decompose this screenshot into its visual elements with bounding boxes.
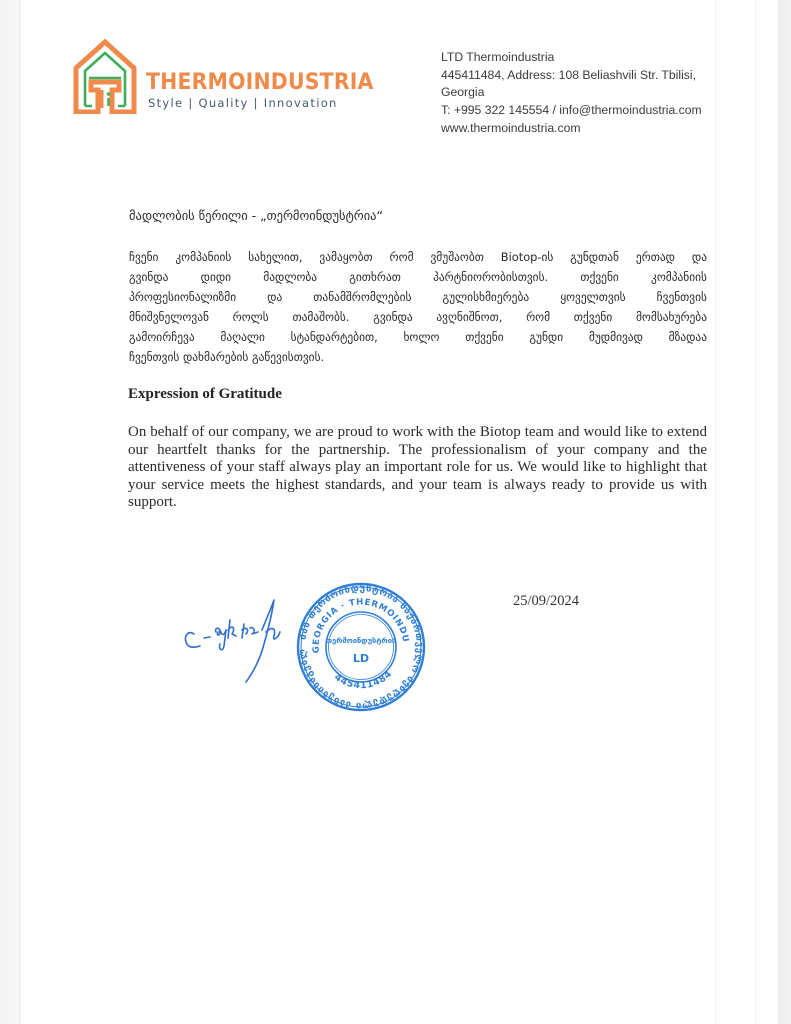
georgian-body-line: მნიშვნელოვან როლს თამაშობს. გვინდა ავღნი…: [129, 307, 707, 327]
georgian-body-line: პროფესიონალიზმი და თანამშრომლების გულისხ…: [129, 287, 707, 307]
logo-tagline: Style | Quality | Innovation: [148, 96, 338, 110]
english-body-line: support.: [128, 494, 707, 512]
scan-line: [20, 0, 21, 1024]
english-body-line: our heartfelt thanks for the partnership…: [128, 442, 707, 460]
company-stamp: შპს თერმოინდუსტრია საქართველო შეზღუდული …: [296, 580, 426, 714]
georgian-letter-title: მადლობის წერილი - „თერმოინდუსტრია“: [129, 208, 383, 223]
stamp-center-abbr: LD: [353, 652, 369, 665]
english-body-line: your service meets the highest standards…: [128, 477, 707, 495]
georgian-body-line: ჩვენი კომპანიის სახელით, ვამაყობთ რომ ვმ…: [129, 247, 707, 267]
company-name: LTD Thermoindustria: [441, 49, 741, 67]
company-address-country: Georgia: [441, 84, 741, 102]
logo-wordmark: THERMOINDUSTRIA: [146, 70, 374, 95]
georgian-body-line: გვინდა დიდი მადლობა გითხრათ პარტნიორობის…: [129, 267, 707, 287]
company-phone-email: T: +995 322 145554 / info@thermoindustri…: [441, 102, 741, 120]
company-logo: THERMOINDUSTRIA Style | Quality | Innova…: [72, 38, 362, 118]
handwritten-signature: [180, 590, 310, 690]
letter-date: 25/09/2024: [513, 593, 579, 610]
scan-edge-left: [0, 0, 20, 1024]
scan-line: [755, 0, 756, 1024]
english-letter-body: On behalf of our company, we are proud t…: [128, 424, 707, 512]
english-body-line: attentiveness of your staff always play …: [128, 459, 707, 477]
georgian-body-line: ჩვენთვის დახმარების გაწევისთვის.: [129, 347, 707, 367]
svg-text:445411484: 445411484: [332, 668, 395, 691]
company-address: 445411484, Address: 108 Beliashvili Str.…: [441, 67, 741, 85]
company-website: www.thermoindustria.com: [441, 120, 741, 138]
english-letter-title: Expression of Gratitude: [128, 386, 282, 403]
scan-edge-right: [778, 0, 791, 1024]
georgian-letter-body: ჩვენი კომპანიის სახელით, ვამაყობთ რომ ვმ…: [129, 247, 707, 367]
georgian-body-line: გამოირჩევა მაღალი სტანდარტებით, ხოლო თქვ…: [129, 327, 707, 347]
house-ti-logo-icon: [72, 38, 138, 114]
scan-line: [715, 0, 716, 1024]
company-contact-info: LTD Thermoindustria 445411484, Address: …: [441, 49, 741, 138]
english-body-line: On behalf of our company, we are proud t…: [128, 424, 707, 442]
stamp-center-text: თერმოინდუსტრია: [326, 636, 396, 645]
